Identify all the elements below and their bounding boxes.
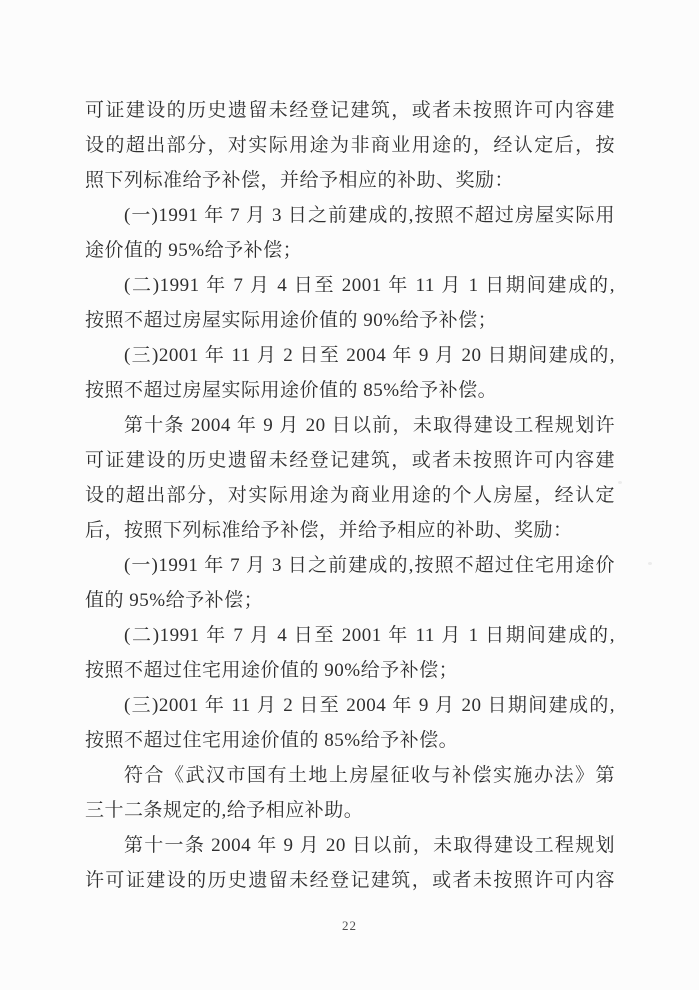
text-line: 按照不超过房屋实际用途价值的 90%给予补偿； [85,303,615,338]
text-line: 可证建设的历史遗留未经登记建筑，或者未按照许可内容建 [85,93,615,128]
text-line: (三)2001 年 11 月 2 日至 2004 年 9 月 20 日期间建成的… [85,338,615,373]
text-line: (二)1991 年 7 月 4 日至 2001 年 11 月 1 日期间建成的, [85,618,615,653]
text-line: 按照不超过住宅用途价值的 90%给予补偿； [85,653,615,688]
text-line: 三十二条规定的,给予相应补助。 [85,793,615,828]
text-line: 途价值的 95%给予补偿； [85,233,615,268]
text-line: (二)1991 年 7 月 4 日至 2001 年 11 月 1 日期间建成的, [85,268,615,303]
text-line: (三)2001 年 11 月 2 日至 2004 年 9 月 20 日期间建成的… [85,688,615,723]
text-line: 可证建设的历史遗留未经登记建筑，或者未按照许可内容建 [85,443,615,478]
text-line: 设的超出部分，对实际用途为非商业用途的，经认定后，按 [85,128,615,163]
scan-artifact [648,562,652,565]
document-body: 可证建设的历史遗留未经登记建筑，或者未按照许可内容建设的超出部分，对实际用途为非… [85,93,615,898]
text-line: (一)1991 年 7 月 3 日之前建成的,按照不超过住宅用途价 [85,548,615,583]
text-line: 按照不超过房屋实际用途价值的 85%给予补偿。 [85,373,615,408]
text-line: 设的超出部分，对实际用途为商业用途的个人房屋，经认定 [85,478,615,513]
text-line: 许可证建设的历史遗留未经登记建筑，或者未按照许可内容 [85,863,615,898]
text-line: 按照不超过住宅用途价值的 85%给予补偿。 [85,723,615,758]
text-line: 值的 95%给予补偿； [85,583,615,618]
text-line: (一)1991 年 7 月 3 日之前建成的,按照不超过房屋实际用 [85,198,615,233]
text-line: 符合《武汉市国有土地上房屋征收与补偿实施办法》第 [85,758,615,793]
document-page: 可证建设的历史遗留未经登记建筑，或者未按照许可内容建设的超出部分，对实际用途为非… [0,0,699,990]
page-number: 22 [0,918,699,934]
scan-artifact [618,481,622,484]
text-line: 第十一条 2004 年 9 月 20 日以前，未取得建设工程规划 [85,828,615,863]
text-line: 照下列标准给予补偿，并给予相应的补助、奖励： [85,163,615,198]
text-line: 后，按照下列标准给予补偿，并给予相应的补助、奖励： [85,513,615,548]
text-line: 第十条 2004 年 9 月 20 日以前，未取得建设工程规划许 [85,408,615,443]
